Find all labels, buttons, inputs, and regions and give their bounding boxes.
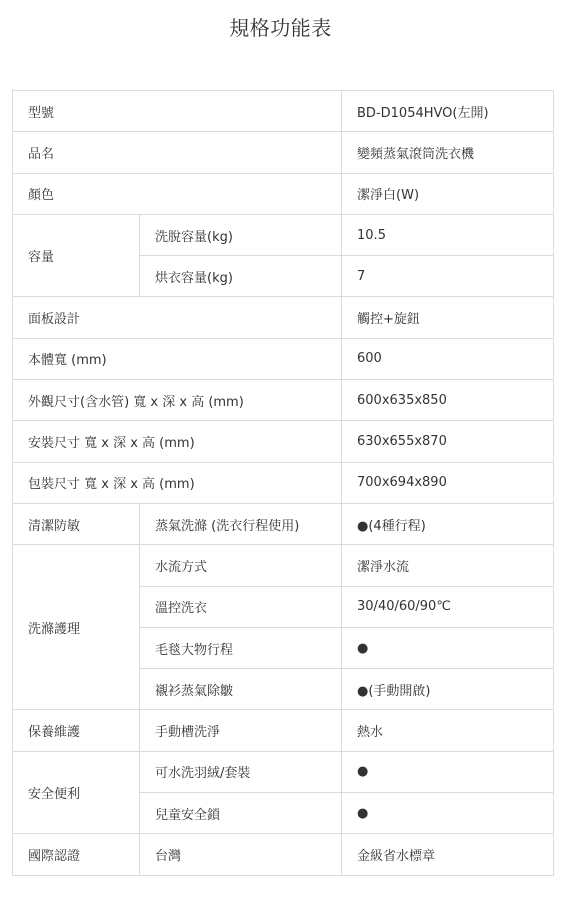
row-value: ● (342, 751, 554, 792)
spec-table: 型號 BD-D1054HVO(左開) 品名 變頻蒸氣滾筒洗衣機 顏色 潔淨白(W… (12, 90, 554, 876)
table-row-clean: 清潔防敏 蒸氣洗滌 (洗衣行程使用) ●(4種行程) (13, 503, 554, 544)
row-sub-label: 溫控洗衣 (140, 586, 342, 627)
row-value: 金級省水標章 (342, 834, 554, 875)
row-value: 觸控+旋鈕 (342, 297, 554, 338)
row-sub-label: 毛毯大物行程 (140, 627, 342, 668)
table-row-exterior: 外觀尺寸(含水管) 寬 x 深 x 高 (mm) 600x635x850 (13, 380, 554, 421)
row-sub-label: 兒童安全鎖 (140, 793, 342, 834)
row-value: ●(4種行程) (342, 503, 554, 544)
table-row-cert: 國際認證 台灣 金級省水標章 (13, 834, 554, 875)
row-sub-label: 洗脫容量(kg) (140, 214, 342, 255)
row-group-label: 洗滌護理 (13, 545, 140, 710)
row-sub-label: 台灣 (140, 834, 342, 875)
row-value: ● (342, 627, 554, 668)
table-row-package: 包裝尺寸 寬 x 深 x 高 (mm) 700x694x890 (13, 462, 554, 503)
row-group-label: 容量 (13, 214, 140, 297)
row-value: 潔淨白(W) (342, 173, 554, 214)
row-value: 10.5 (342, 214, 554, 255)
row-label: 型號 (13, 91, 342, 132)
row-value: 630x655x870 (342, 421, 554, 462)
row-group-label: 保養維護 (13, 710, 140, 751)
row-sub-label: 手動槽洗淨 (140, 710, 342, 751)
row-value: 30/40/60/90℃ (342, 586, 554, 627)
row-value: 600 (342, 338, 554, 379)
table-row-care-1: 洗滌護理 水流方式 潔淨水流 (13, 545, 554, 586)
row-label: 品名 (13, 132, 342, 173)
table-row-panel: 面板設計 觸控+旋鈕 (13, 297, 554, 338)
row-sub-label: 蒸氣洗滌 (洗衣行程使用) (140, 503, 342, 544)
row-value: 600x635x850 (342, 380, 554, 421)
row-sub-label: 水流方式 (140, 545, 342, 586)
row-sub-label: 可水洗羽絨/套裝 (140, 751, 342, 792)
row-group-label: 清潔防敏 (13, 503, 140, 544)
row-value: ● (342, 793, 554, 834)
row-group-label: 國際認證 (13, 834, 140, 875)
row-group-label: 安全便利 (13, 751, 140, 834)
row-label: 顏色 (13, 173, 342, 214)
table-row-install: 安裝尺寸 寬 x 深 x 高 (mm) 630x655x870 (13, 421, 554, 462)
row-label: 本體寬 (mm) (13, 338, 342, 379)
table-row-safety-1: 安全便利 可水洗羽絨/套裝 ● (13, 751, 554, 792)
table-row-model: 型號 BD-D1054HVO(左開) (13, 91, 554, 132)
row-value: 700x694x890 (342, 462, 554, 503)
table-row-maintenance: 保養維護 手動槽洗淨 熱水 (13, 710, 554, 751)
row-sub-label: 烘衣容量(kg) (140, 256, 342, 297)
table-row-color: 顏色 潔淨白(W) (13, 173, 554, 214)
table-row-name: 品名 變頻蒸氣滾筒洗衣機 (13, 132, 554, 173)
row-label: 安裝尺寸 寬 x 深 x 高 (mm) (13, 421, 342, 462)
row-value: ●(手動開啟) (342, 669, 554, 710)
table-row-capacity-wash: 容量 洗脫容量(kg) 10.5 (13, 214, 554, 255)
row-label: 外觀尺寸(含水管) 寬 x 深 x 高 (mm) (13, 380, 342, 421)
row-label: 包裝尺寸 寬 x 深 x 高 (mm) (13, 462, 342, 503)
row-value: 變頻蒸氣滾筒洗衣機 (342, 132, 554, 173)
page-title: 規格功能表 (0, 12, 561, 41)
row-value: 潔淨水流 (342, 545, 554, 586)
row-value: 熱水 (342, 710, 554, 751)
row-sub-label: 襯衫蒸氣除皺 (140, 669, 342, 710)
row-value: 7 (342, 256, 554, 297)
table-row-body-width: 本體寬 (mm) 600 (13, 338, 554, 379)
row-label: 面板設計 (13, 297, 342, 338)
row-value: BD-D1054HVO(左開) (342, 91, 554, 132)
